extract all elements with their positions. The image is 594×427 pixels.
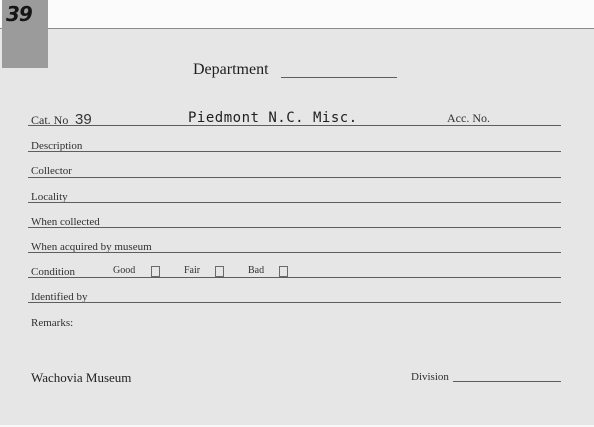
index-tab: 39	[2, 0, 48, 68]
scan-top-margin	[0, 0, 594, 28]
when-collected-field[interactable]	[28, 227, 561, 228]
condition-fair-checkbox[interactable]	[215, 266, 224, 277]
division-label: Division	[411, 371, 449, 383]
typed-title: Piedmont N.C. Misc.	[188, 110, 358, 126]
when-acquired-field[interactable]	[28, 252, 561, 253]
acc-no-label: Acc. No.	[447, 111, 490, 126]
description-field[interactable]	[28, 151, 561, 152]
locality-field[interactable]	[28, 202, 561, 203]
tab-number: 39	[6, 2, 32, 26]
identified-by-field[interactable]	[28, 302, 561, 303]
collector-field[interactable]	[28, 177, 561, 178]
collector-label: Collector	[31, 165, 72, 177]
museum-name: Wachovia Museum	[31, 370, 131, 386]
remarks-label: Remarks:	[31, 317, 73, 329]
condition-good-checkbox[interactable]	[151, 266, 160, 277]
department-field[interactable]	[281, 77, 397, 78]
cat-no-rule[interactable]	[28, 125, 561, 126]
department-label: Department	[193, 61, 269, 79]
condition-fair-label: Fair	[184, 265, 200, 276]
condition-rule	[28, 277, 561, 278]
condition-bad-label: Bad	[248, 265, 264, 276]
division-field[interactable]	[453, 381, 561, 382]
condition-good-label: Good	[113, 265, 135, 276]
condition-bad-checkbox[interactable]	[279, 266, 288, 277]
